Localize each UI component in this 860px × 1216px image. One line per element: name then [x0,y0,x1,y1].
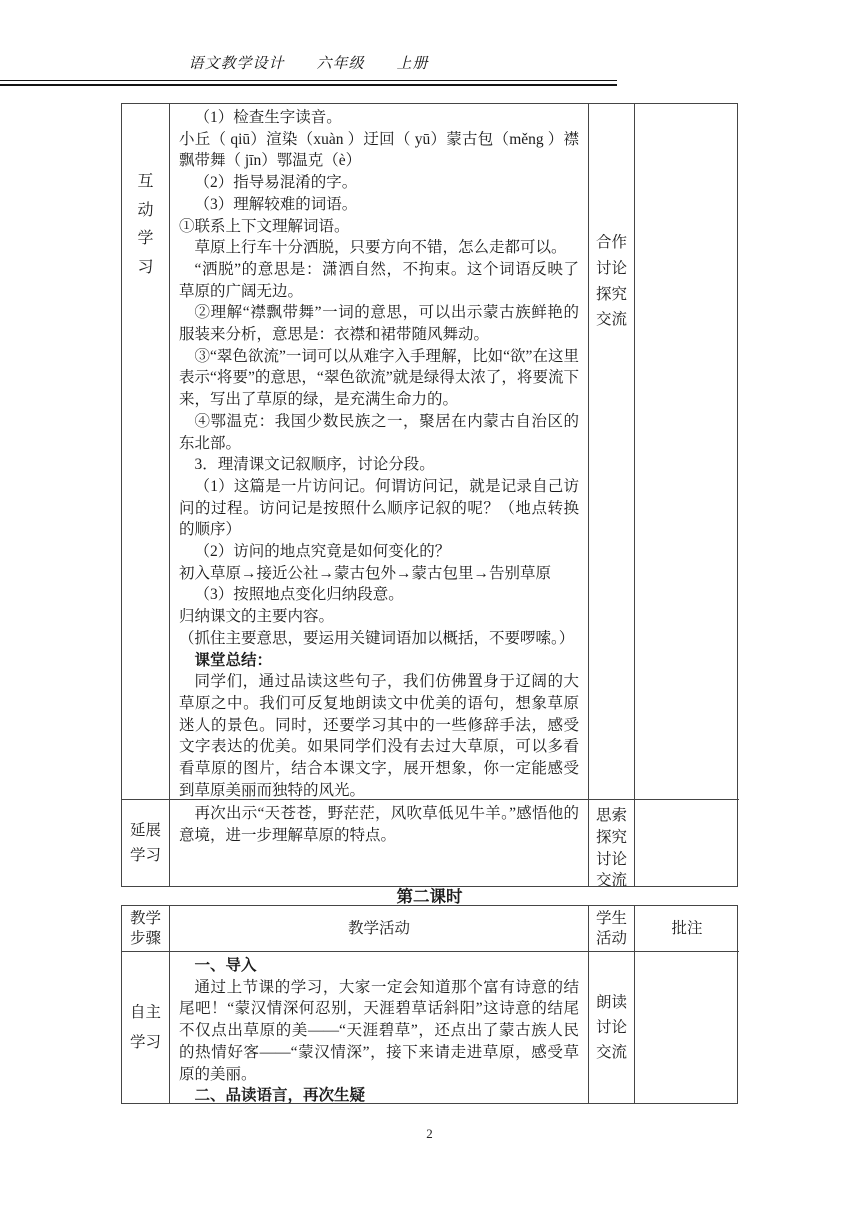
student-activity-cell-1: 合作 讨论 探究 交流 [588,104,634,799]
header-divider-rule [0,80,617,86]
activity-paragraph: 3．理清课文记叙顺序，讨论分段。 [179,454,579,476]
activity-paragraph: ①联系上下文理解词语。 [179,216,579,238]
activity-paragraph: 同学们，通过品读这些句子，我们仿佛置身于辽阔的大草原之中。我们可反复地朗读文中优… [179,671,579,799]
activity-paragraph-section-heading: 二、品读语言，再次生疑 [179,1085,579,1103]
lesson-plan-table-2: 教学 步骤 教学活动 学生 活动 批注 自主 学习 一、导入 通过上节课的学习，… [121,905,738,1104]
activity-paragraph: 小丘（ qiū）渲染（xuàn ）迂回（ yū）蒙古包（měng ）襟飘带舞（ … [179,129,579,172]
document-header-title: 语文教学设计 六年级 上册 [0,52,617,73]
column-header-teaching-activity: 教学活动 [169,906,588,951]
activity-paragraph: （1）检查生字读音。 [179,107,579,129]
activity-paragraph: ③“翠色欲流”一词可以从难字入手理解，比如“欲”在这里表示“将要”的意思，“翠色… [179,346,579,411]
notes-cell-2 [634,799,739,886]
session-heading: 第二课时 [121,883,738,907]
activity-paragraph: （3）按照地点变化归纳段意。 [179,584,579,606]
teaching-step-cell-interactive-learning: 互 动 学 习 [122,104,169,799]
notes-cell-3 [634,951,739,1103]
column-header-student-activity: 学生 活动 [588,906,634,951]
activity-paragraph-summary-heading: 课堂总结： [179,650,579,672]
activity-paragraph: ④鄂温克：我国少数民族之一，聚居在内蒙古自治区的东北部。 [179,411,579,454]
activity-paragraph: 通过上节课的学习，大家一定会知道那个富有诗意的结尾吧！“蒙汉情深何忍别，天涯碧草… [179,977,579,1086]
student-activity-cell-3: 朗读 讨论 交流 [588,951,634,1103]
lesson-plan-table-1: 互 动 学 习 （1）检查生字读音。 小丘（ qiū）渲染（xuàn ）迂回（ … [121,103,738,887]
activity-paragraph-intro-heading: 一、导入 [179,955,579,977]
teaching-step-cell-autonomous-learning: 自主 学习 [122,951,169,1103]
activity-paragraph: （2）指导易混淆的字。 [179,172,579,194]
activity-paragraph: 草原上行车十分洒脱，只要方向不错，怎么走都可以。 [179,237,579,259]
notes-cell-1 [634,104,739,799]
document-page: 语文教学设计 六年级 上册 互 动 学 习 （1）检查生字读音。 小丘（ qiū… [0,0,860,1216]
activity-paragraph: 再次出示“天苍苍，野茫茫，风吹草低见牛羊。”感悟他的意境，进一步理解草原的特点。 [179,803,579,846]
teaching-activity-cell-3: 一、导入 通过上节课的学习，大家一定会知道那个富有诗意的结尾吧！“蒙汉情深何忍别… [169,951,588,1103]
column-header-teaching-steps: 教学 步骤 [122,906,169,951]
teaching-step-cell-extension-learning: 延展 学习 [122,799,169,886]
activity-paragraph: 归纳课文的主要内容。 [179,606,579,628]
activity-paragraph: “洒脱”的意思是：潇洒自然，不拘束。这个词语反映了草原的广阔无边。 [179,259,579,302]
page-number: 2 [121,1126,738,1142]
activity-paragraph: （2）访问的地点究竟是如何变化的？ [179,541,579,563]
activity-paragraph: （抓住主要意思，要运用关键词语加以概括，不要啰嗦。） [179,628,579,650]
student-activity-cell-2: 思索 探究 讨论 交流 [588,799,634,886]
column-header-notes: 批注 [634,906,739,951]
activity-paragraph-location-sequence: 初入草原→接近公社→蒙古包外→蒙古包里→告别草原 [179,563,579,585]
teaching-activity-cell-2: 再次出示“天苍苍，野茫茫，风吹草低见牛羊。”感悟他的意境，进一步理解草原的特点。 [169,799,588,886]
activity-paragraph: （3）理解较难的词语。 [179,194,579,216]
activity-paragraph: （1）这篇是一片访问记。何谓访问记，就是记录自己访问的过程。访问记是按照什么顺序… [179,476,579,541]
teaching-activity-cell-1: （1）检查生字读音。 小丘（ qiū）渲染（xuàn ）迂回（ yū）蒙古包（m… [169,104,588,799]
activity-paragraph: ②理解“襟飘带舞”一词的意思，可以出示蒙古族鲜艳的服装来分析，意思是：衣襟和裙带… [179,302,579,345]
